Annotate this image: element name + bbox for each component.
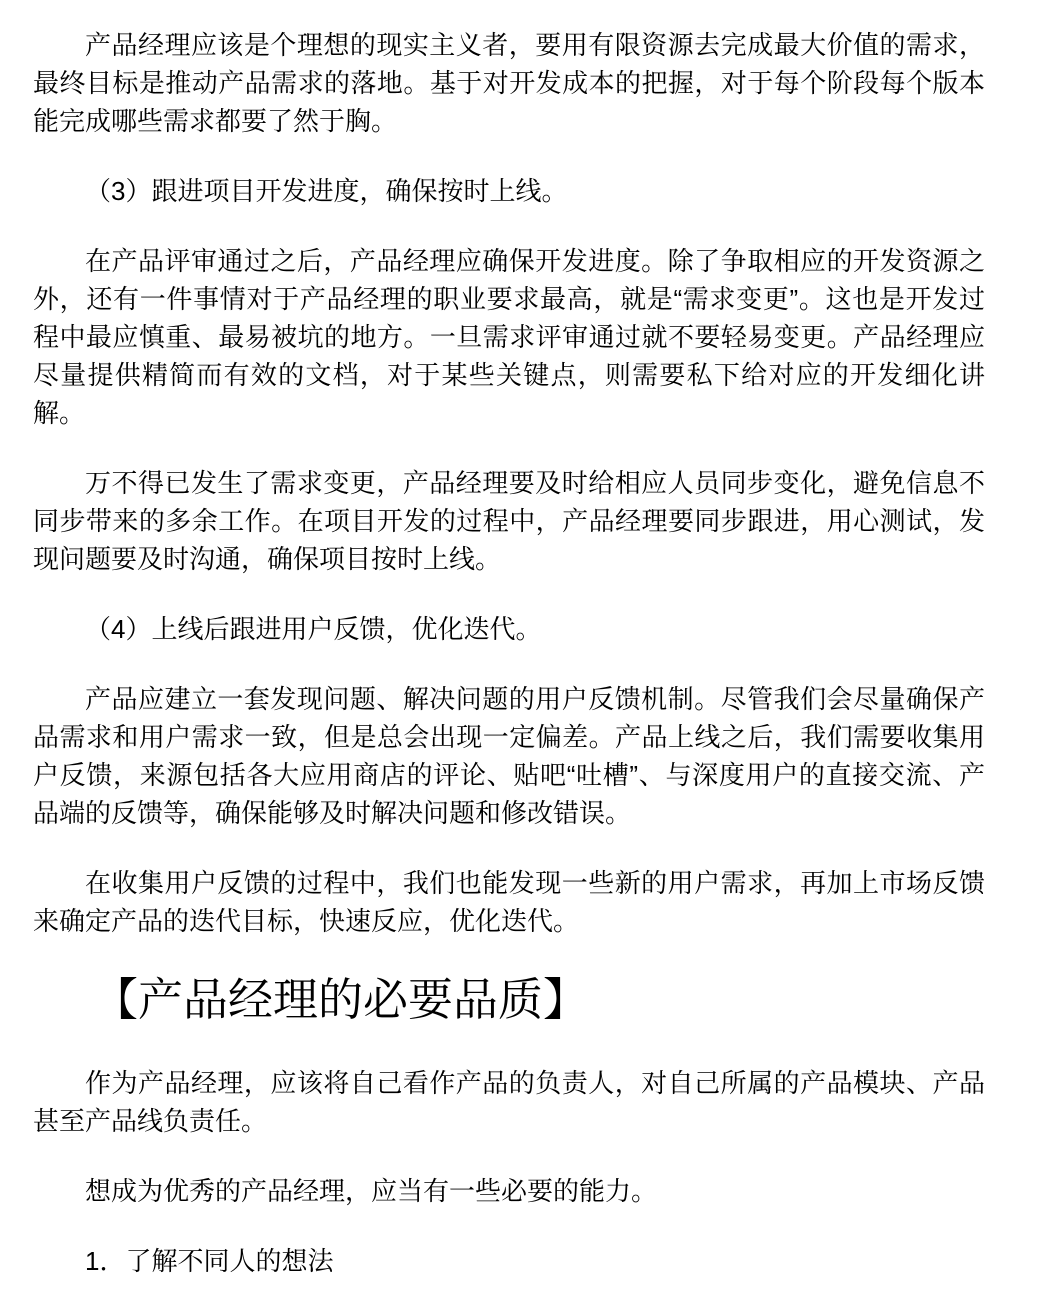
paragraph-sync-changes: 万不得已发生了需求变更，产品经理要及时给相应人员同步变化，避免信息不同步带来的多… bbox=[33, 464, 985, 578]
paragraph-dev-progress-requirement-change: 在产品评审通过之后，产品经理应确保开发进度。除了争取相应的开发资源之外，还有一件… bbox=[33, 242, 985, 432]
sub-point-3-track-development: （3）跟进项目开发进度，确保按时上线。 bbox=[33, 172, 985, 210]
numbered-heading-1-understand-different-people: 1．了解不同人的想法 bbox=[33, 1242, 985, 1280]
section-heading-pm-essential-qualities: 【产品经理的必要品质】 bbox=[93, 972, 985, 1028]
paragraph-feedback-mechanism: 产品应建立一套发现问题、解决问题的用户反馈机制。尽管我们会尽量确保产品需求和用户… bbox=[33, 680, 985, 832]
paragraph-pm-ownership: 作为产品经理，应该将自己看作产品的负责人，对自己所属的产品模块、产品甚至产品线负… bbox=[33, 1064, 985, 1140]
paragraph-pm-realist: 产品经理应该是个理想的现实主义者，要用有限资源去完成最大价值的需求，最终目标是推… bbox=[33, 26, 985, 140]
sub-point-4-user-feedback: （4）上线后跟进用户反馈，优化迭代。 bbox=[33, 610, 985, 648]
document-page: 产品经理应该是个理想的现实主义者，要用有限资源去完成最大价值的需求，最终目标是推… bbox=[0, 0, 1058, 1301]
paragraph-necessary-abilities: 想成为优秀的产品经理，应当有一些必要的能力。 bbox=[33, 1172, 985, 1210]
paragraph-iteration-goals: 在收集用户反馈的过程中，我们也能发现一些新的用户需求，再加上市场反馈来确定产品的… bbox=[33, 864, 985, 940]
